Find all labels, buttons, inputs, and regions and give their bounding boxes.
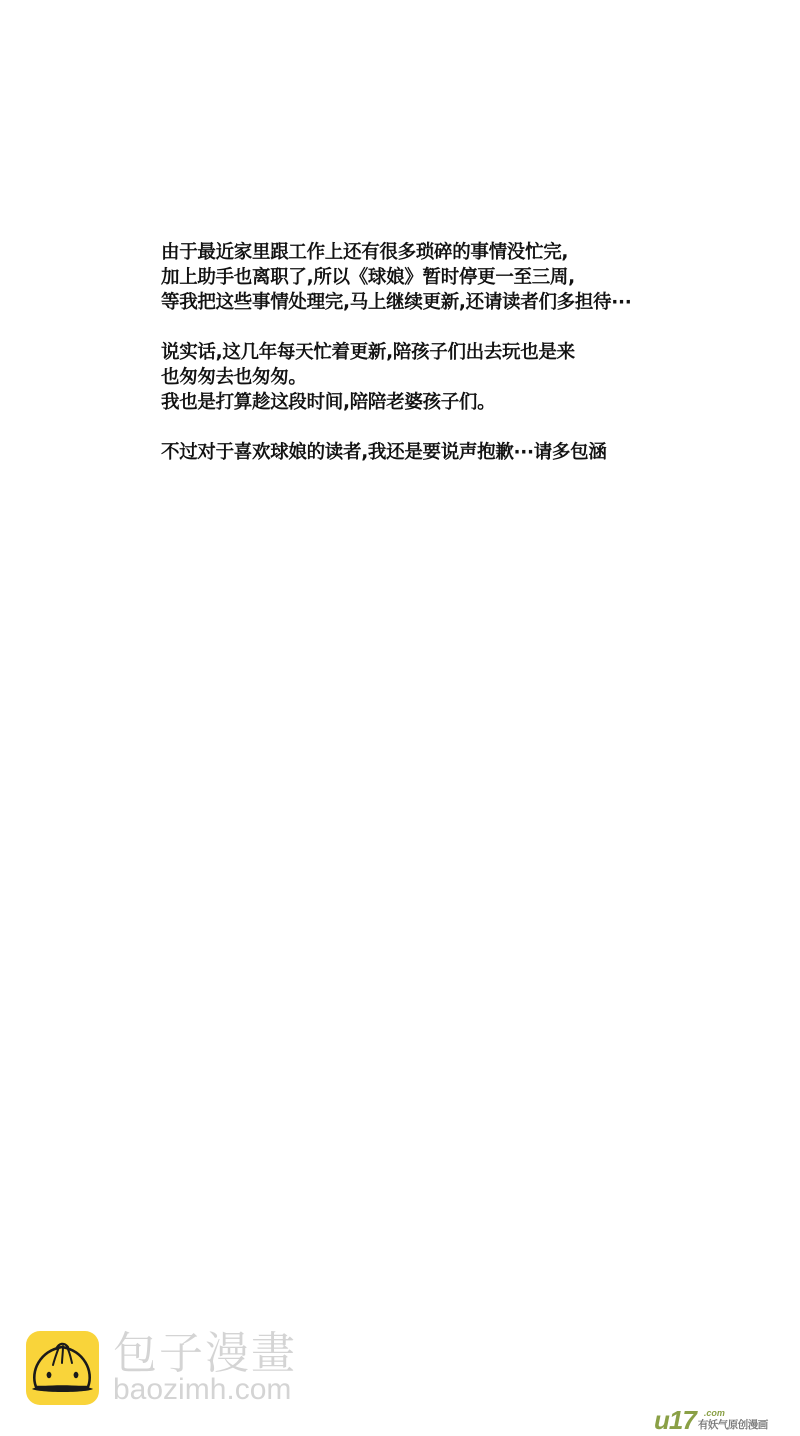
watermark-text: 包子漫畫 baozimh.com [113, 1331, 297, 1405]
notice-line: 也匆匆去也匆匆。 [161, 365, 681, 390]
baozimh-watermark: 包子漫畫 baozimh.com [26, 1330, 297, 1406]
u17-slogan: 有妖气原创漫画 [698, 1418, 768, 1432]
notice-line: 说实话,这几年每天忙着更新,陪孩子们出去玩也是来 [161, 340, 681, 365]
u17-logo: u17 [654, 1408, 696, 1432]
notice-line: 由于最近家里跟工作上还有很多琐碎的事情没忙完, [161, 240, 681, 265]
notice-line: 不过对于喜欢球娘的读者,我还是要说声抱歉···请多包涵 [161, 440, 681, 465]
notice-paragraph-3: 不过对于喜欢球娘的读者,我还是要说声抱歉···请多包涵 [161, 440, 681, 465]
u17-right: .com 有妖气原创漫画 [698, 1408, 768, 1432]
baozi-bun-icon [26, 1331, 99, 1405]
notice-line: 加上助手也离职了,所以《球娘》暂时停更一至三周, [161, 265, 681, 290]
watermark-url: baozimh.com [113, 1375, 297, 1405]
watermark-site-name: 包子漫畫 [113, 1331, 297, 1377]
notice-line: 等我把这些事情处理完,马上继续更新,还请读者们多担待··· [161, 290, 681, 315]
author-notice: 由于最近家里跟工作上还有很多琐碎的事情没忙完, 加上助手也离职了,所以《球娘》暂… [161, 240, 681, 490]
notice-line: 我也是打算趁这段时间,陪陪老婆孩子们。 [161, 390, 681, 415]
u17-watermark: u17 .com 有妖气原创漫画 [654, 1408, 768, 1432]
notice-paragraph-2: 说实话,这几年每天忙着更新,陪孩子们出去玩也是来 也匆匆去也匆匆。 我也是打算趁… [161, 340, 681, 415]
u17-domain: .com [704, 1408, 768, 1418]
notice-paragraph-1: 由于最近家里跟工作上还有很多琐碎的事情没忙完, 加上助手也离职了,所以《球娘》暂… [161, 240, 681, 315]
